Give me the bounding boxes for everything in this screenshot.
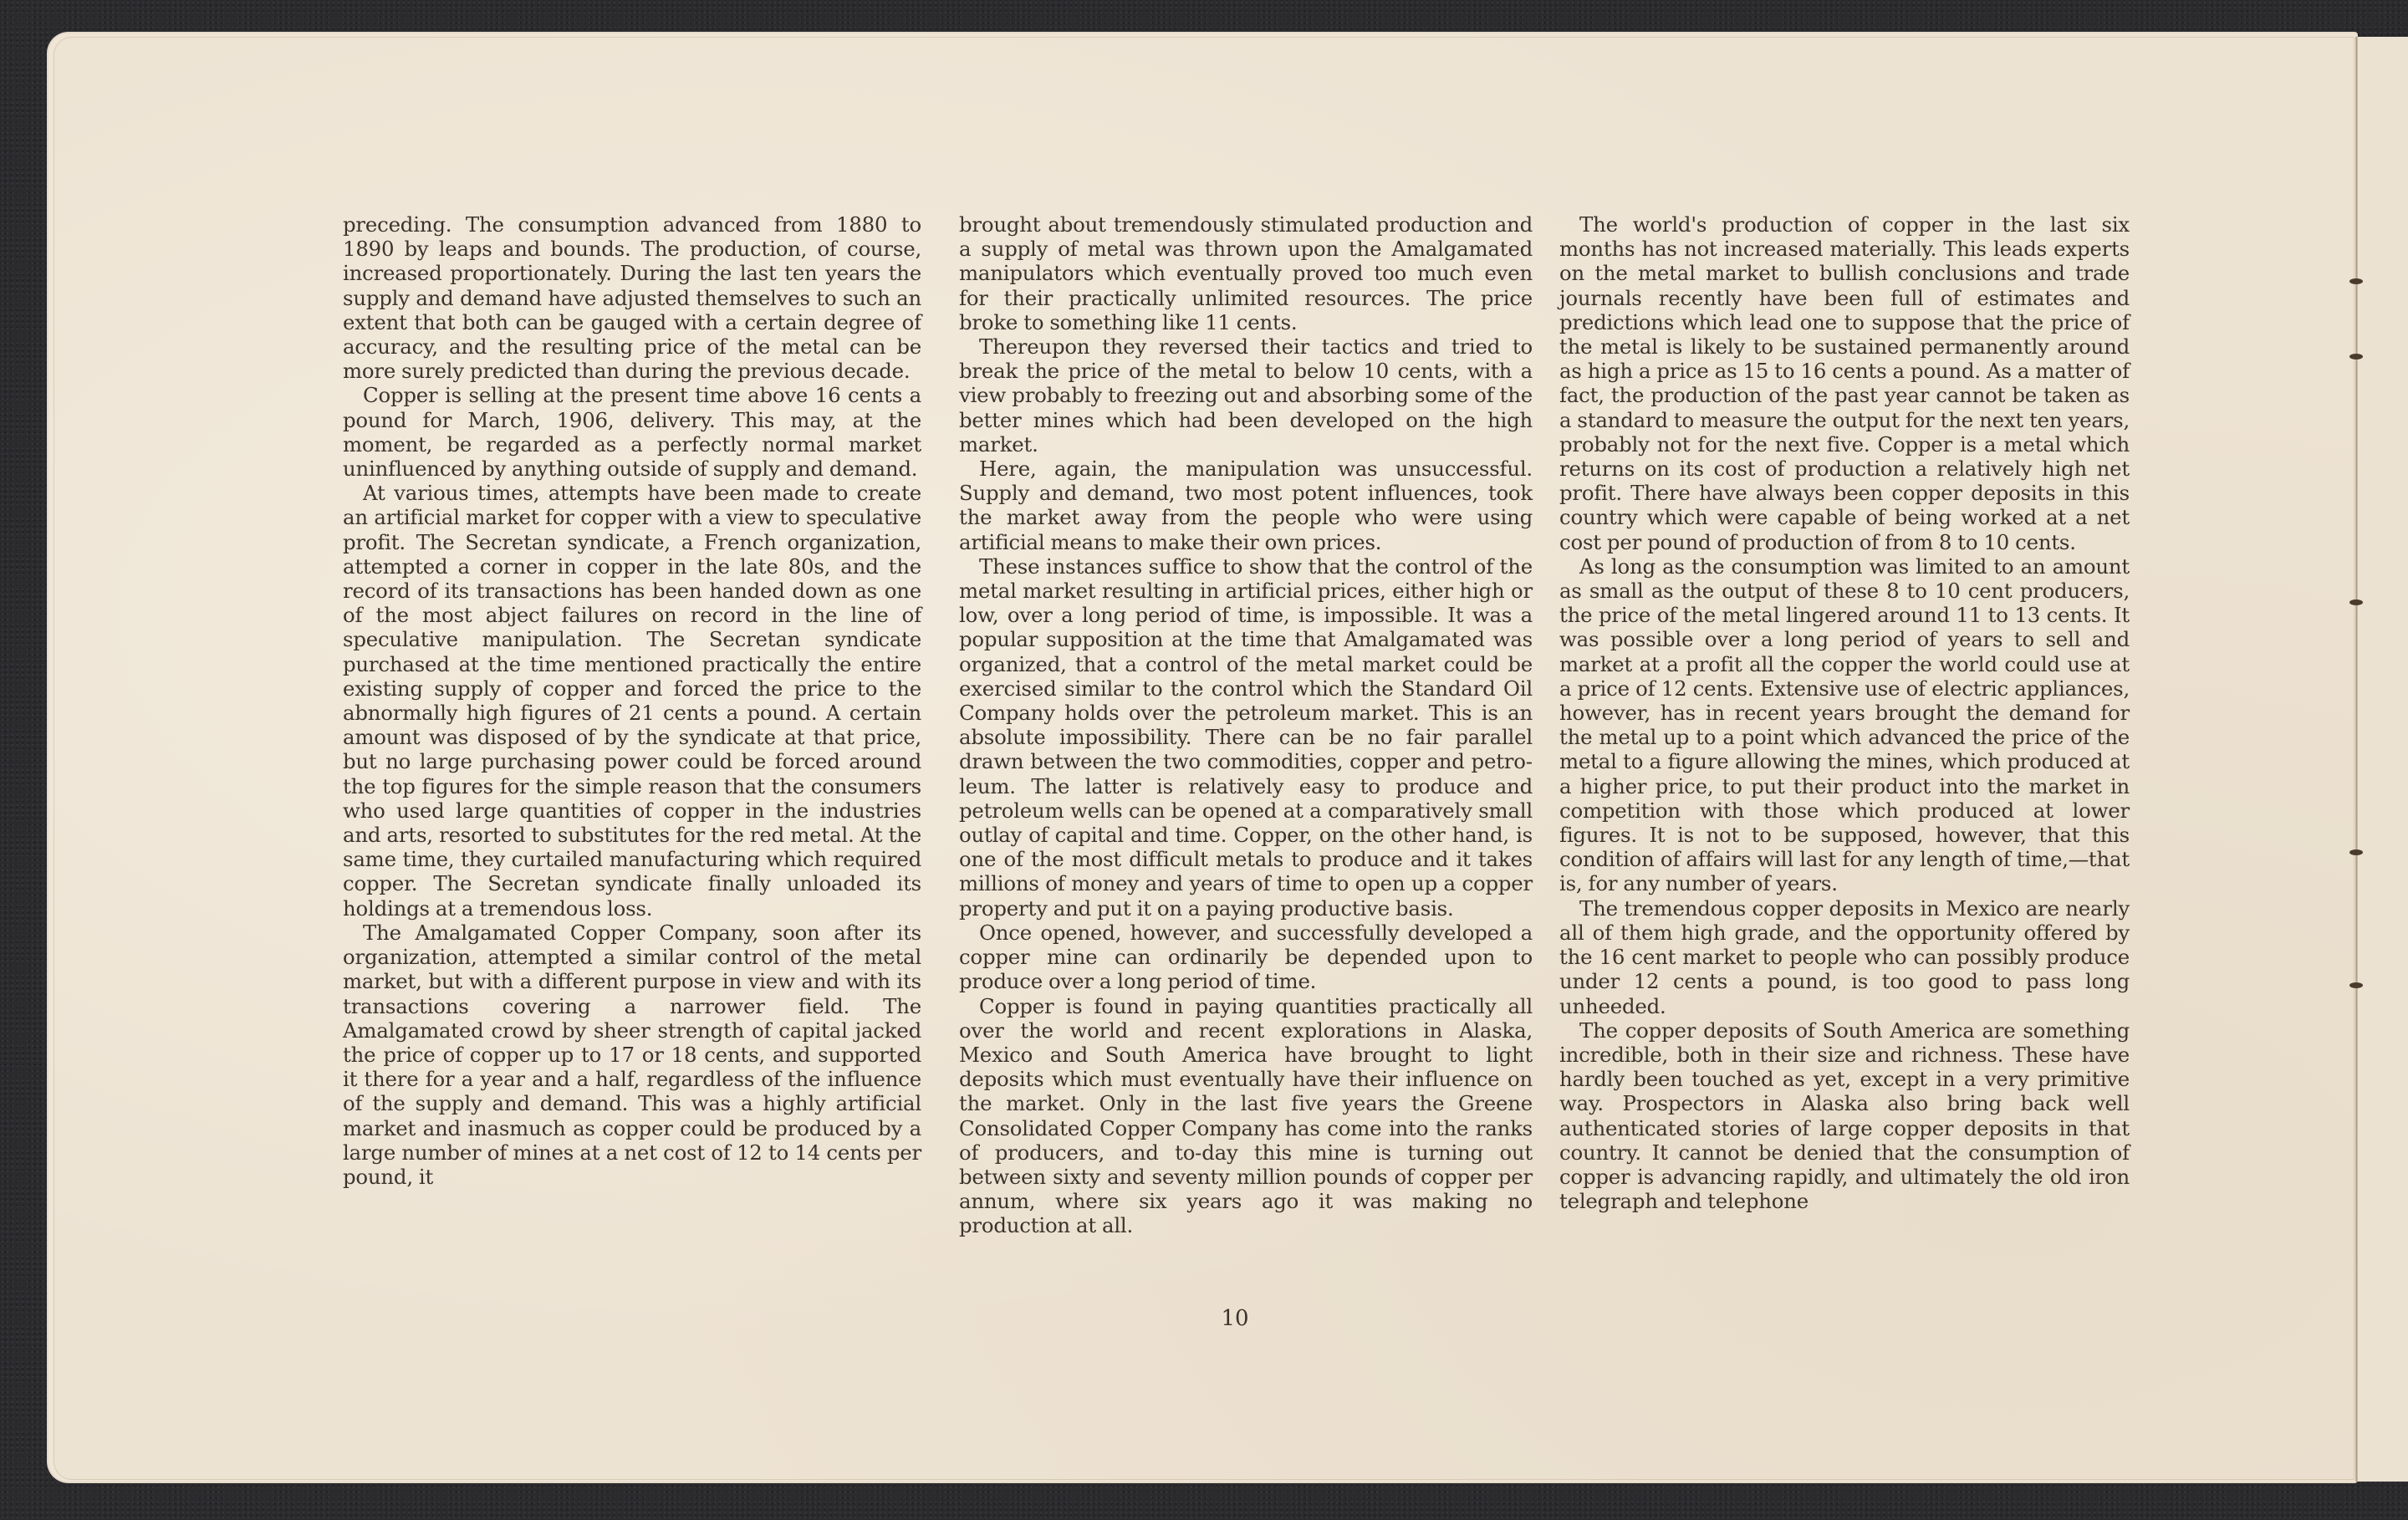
paragraph: The Amalgamated Copper Company, soon aft… [343, 921, 921, 1189]
text-column-right: The world's production of copper in the … [1559, 212, 2130, 1213]
binding-stitch-icon [2349, 982, 2363, 988]
paragraph: Copper is selling at the present time ab… [343, 383, 921, 481]
paragraph: The world's production of copper in the … [1559, 212, 2130, 554]
paragraph: Once opened, however, and successfully d… [959, 921, 1533, 994]
binding-stitch-icon [2349, 599, 2363, 605]
binding-stitch-icon [2349, 278, 2363, 284]
paragraph: preceding. The consumption advanced from… [343, 212, 921, 383]
page-number: 10 [1204, 1306, 1266, 1331]
paragraph: Thereupon they reversed their tactics an… [959, 334, 1533, 457]
paragraph: Copper is found in paying quantities pra… [959, 994, 1533, 1238]
paragraph: These instances suffice to show that the… [959, 554, 1533, 921]
text-column-left: preceding. The consumption advanced from… [343, 212, 921, 1189]
binding-stitch-icon [2349, 849, 2363, 855]
paragraph: The copper deposits of South America are… [1559, 1018, 2130, 1214]
binding-stitch-icon [2349, 354, 2363, 360]
text-column-middle: brought about tremendously stimulated pr… [959, 212, 1533, 1238]
paragraph: As long as the consumption was limited t… [1559, 554, 2130, 896]
facing-page-edge [2358, 37, 2408, 1482]
paragraph: At various times, attempts have been mad… [343, 481, 921, 921]
book-spine-fold [2355, 37, 2358, 1482]
paragraph: brought about tremendously stimulated pr… [959, 212, 1533, 334]
paragraph: Here, again, the manipulation was unsucc… [959, 457, 1533, 554]
paragraph: The tremendous copper deposits in Mexico… [1559, 896, 2130, 1018]
